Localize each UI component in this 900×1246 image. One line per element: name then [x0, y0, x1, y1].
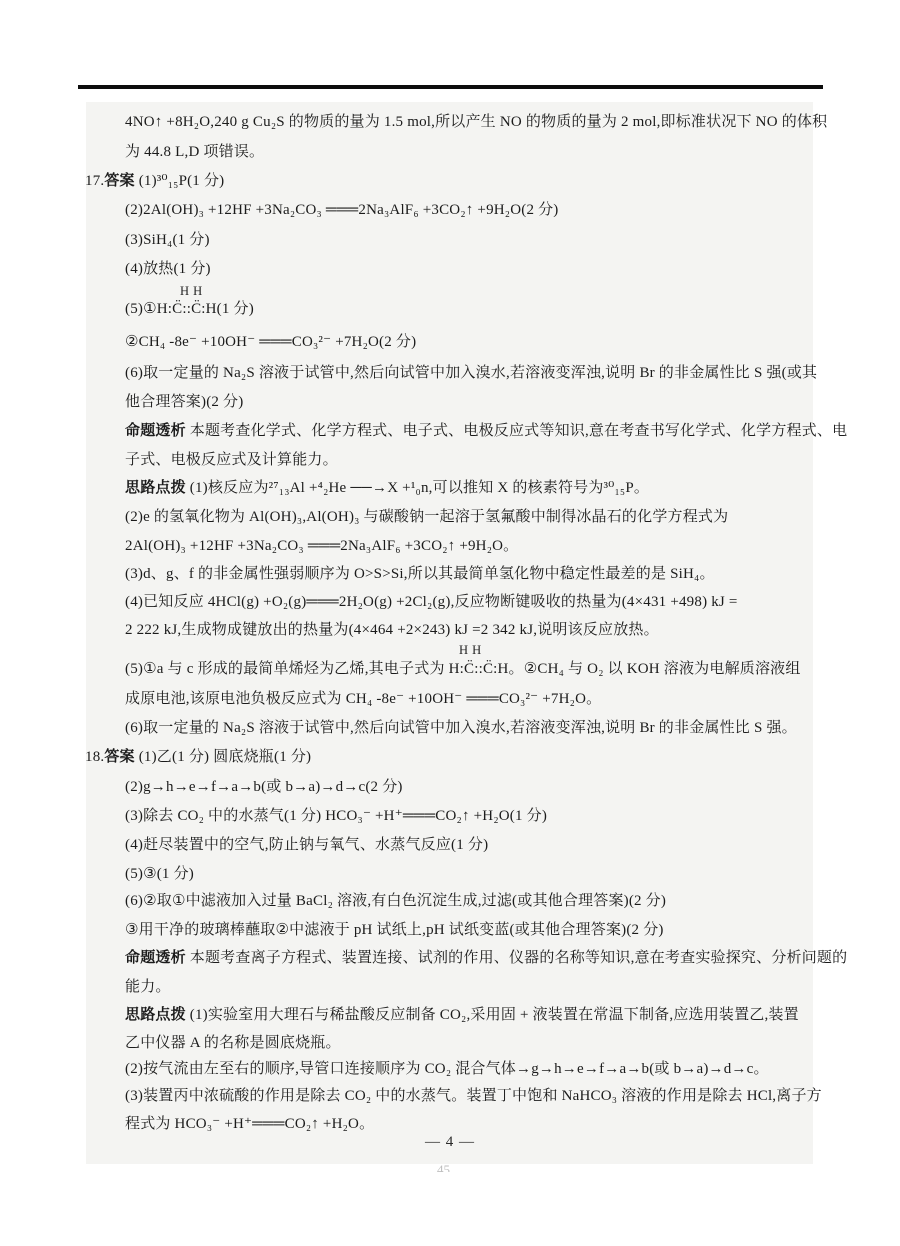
text-line: 2 222 kJ,生成物成键放出的热量为(4×464 +2×243) kJ =2…: [125, 621, 659, 640]
text-run: H H: [180, 284, 203, 298]
text-line: (2)e 的氢氧化物为 Al(OH)₃,Al(OH)₃ 与碳酸钠一起溶于氢氟酸中…: [125, 508, 728, 527]
section-label: 命题透析: [125, 423, 186, 439]
text-run: 子式、电极反应式及计算能力。: [125, 452, 338, 468]
text-line: (6)取一定量的 Na₂S 溶液于试管中,然后向试管中加入溴水,若溶液变浑浊,说…: [125, 364, 817, 383]
text-run: 2Al(OH)₃ +12HF +3Na₂CO₃ ═══2Na₃AlF₆ +3CO…: [125, 538, 518, 554]
text-run: (3)除去 CO₂ 中的水蒸气(1 分) HCO₃⁻ +H⁺═══CO₂↑ +H…: [125, 808, 547, 824]
text-run: (1)核反应为²⁷₁₃Al +⁴₂He ──→X +¹₀n,可以推知 X 的核素…: [186, 480, 649, 496]
section-label: 命题透析: [125, 950, 186, 966]
text-line: (6)取一定量的 Na₂S 溶液于试管中,然后向试管中加入溴水,若溶液变浑浊,说…: [125, 719, 797, 738]
text-line: (5)①a 与 c 形成的最简单烯烃为乙烯,其电子式为 H:C̈::C̈:H。②…: [125, 660, 801, 679]
text-run: (5)③(1 分): [125, 866, 194, 882]
text-line: (3)d、g、f 的非金属性强弱顺序为 O>S>Si,所以其最简单氢化物中稳定性…: [125, 565, 715, 584]
text-line: 子式、电极反应式及计算能力。: [125, 451, 338, 470]
text-line: 2Al(OH)₃ +12HF +3Na₂CO₃ ═══2Na₃AlF₆ +3CO…: [125, 537, 518, 556]
text-run: (4)放热(1 分): [125, 261, 211, 277]
text-run: 18.: [85, 749, 104, 765]
text-run: (1)实验室用大理石与稀盐酸反应制备 CO₂,采用固 + 液装置在常温下制备,应…: [186, 1007, 799, 1023]
text-run: (1)乙(1 分) 圆底烧瓶(1 分): [135, 749, 311, 765]
text-run: (3)SiH₄(1 分): [125, 232, 210, 248]
footer-faint-mark: 45: [437, 1162, 450, 1172]
text-line: 他合理答案)(2 分): [125, 393, 243, 412]
text-line: (2)g→h→e→f→a→b(或 b→a)→d→c(2 分): [125, 778, 403, 797]
text-line: 乙中仪器 A 的名称是圆底烧瓶。: [125, 1034, 341, 1053]
text-line: 18.答案 (1)乙(1 分) 圆底烧瓶(1 分): [85, 748, 311, 767]
text-line: 能力。: [125, 978, 171, 997]
text-run: (5)①a 与 c 形成的最简单烯烃为乙烯,其电子式为 H:C̈::C̈:H。②…: [125, 661, 801, 677]
text-line: ②CH₄ -8e⁻ +10OH⁻ ═══CO₃²⁻ +7H₂O(2 分): [125, 333, 416, 352]
text-line: (3)除去 CO₂ 中的水蒸气(1 分) HCO₃⁻ +H⁺═══CO₂↑ +H…: [125, 807, 547, 826]
text-run: 程式为 HCO₃⁻ +H⁺═══CO₂↑ +H₂O。: [125, 1116, 374, 1132]
section-label: 答案: [104, 173, 134, 189]
text-line: 成原电池,该原电池负极反应式为 CH₄ -8e⁻ +10OH⁻ ═══CO₃²⁻…: [125, 690, 601, 709]
text-line: (3)装置丙中浓硫酸的作用是除去 CO₂ 中的水蒸气。装置丁中饱和 NaHCO₃…: [125, 1087, 822, 1106]
text-run: 17.: [85, 173, 104, 189]
text-run: 能力。: [125, 979, 171, 995]
text-line: (5)③(1 分): [125, 865, 194, 884]
text-run: (6)取一定量的 Na₂S 溶液于试管中,然后向试管中加入溴水,若溶液变浑浊,说…: [125, 365, 817, 381]
text-run: (4)已知反应 4HCl(g) +O₂(g)═══2H₂O(g) +2Cl₂(g…: [125, 594, 738, 610]
text-run: ②CH₄ -8e⁻ +10OH⁻ ═══CO₃²⁻ +7H₂O(2 分): [125, 334, 416, 350]
text-line: 4NO↑ +8H₂O,240 g Cu₂S 的物质的量为 1.5 mol,所以产…: [125, 113, 827, 132]
section-label: 思路点拨: [125, 480, 186, 496]
text-line: 思路点拨 (1)实验室用大理石与稀盐酸反应制备 CO₂,采用固 + 液装置在常温…: [125, 1006, 799, 1025]
section-label: 思路点拨: [125, 1007, 186, 1023]
text-line: (4)赶尽装置中的空气,防止钠与氧气、水蒸气反应(1 分): [125, 836, 488, 855]
text-line: H H: [180, 284, 203, 300]
text-run: (2)按气流由左至右的顺序,导管口连接顺序为 CO₂ 混合气体→g→h→e→f→…: [125, 1061, 769, 1077]
text-line: (3)SiH₄(1 分): [125, 231, 210, 250]
text-line: 思路点拨 (1)核反应为²⁷₁₃Al +⁴₂He ──→X +¹₀n,可以推知 …: [125, 479, 649, 498]
text-line: 为 44.8 L,D 项错误。: [125, 143, 264, 162]
text-line: 命题透析 本题考查离子方程式、装置连接、试剂的作用、仪器的名称等知识,意在考查实…: [125, 949, 847, 968]
text-run: 乙中仪器 A 的名称是圆底烧瓶。: [125, 1035, 341, 1051]
faint-mark-text: 45: [437, 1162, 450, 1172]
text-run: 成原电池,该原电池负极反应式为 CH₄ -8e⁻ +10OH⁻ ═══CO₃²⁻…: [125, 691, 601, 707]
text-line: H H: [459, 643, 482, 659]
text-line: (6)②取①中滤液加入过量 BaCl₂ 溶液,有白色沉淀生成,过滤(或其他合理答…: [125, 892, 666, 911]
text-line: (5)①H:C̈::C̈:H(1 分): [125, 300, 254, 319]
text-line: 命题透析 本题考查化学式、化学方程式、电子式、电极反应式等知识,意在考查书写化学…: [125, 422, 847, 441]
text-line: 程式为 HCO₃⁻ +H⁺═══CO₂↑ +H₂O。: [125, 1115, 374, 1134]
text-line: (4)放热(1 分): [125, 260, 211, 279]
text-line: ③用干净的玻璃棒蘸取②中滤液于 pH 试纸上,pH 试纸变蓝(或其他合理答案)(…: [125, 921, 664, 940]
text-line: (4)已知反应 4HCl(g) +O₂(g)═══2H₂O(g) +2Cl₂(g…: [125, 593, 738, 612]
text-line: (2)按气流由左至右的顺序,导管口连接顺序为 CO₂ 混合气体→g→h→e→f→…: [125, 1060, 769, 1079]
text-run: (3)d、g、f 的非金属性强弱顺序为 O>S>Si,所以其最简单氢化物中稳定性…: [125, 566, 715, 582]
text-run: 4NO↑ +8H₂O,240 g Cu₂S 的物质的量为 1.5 mol,所以产…: [125, 114, 827, 130]
text-run: 本题考查离子方程式、装置连接、试剂的作用、仪器的名称等知识,意在考查实验探究、分…: [186, 950, 848, 966]
text-run: (6)取一定量的 Na₂S 溶液于试管中,然后向试管中加入溴水,若溶液变浑浊,说…: [125, 720, 797, 736]
text-run: (4)赶尽装置中的空气,防止钠与氧气、水蒸气反应(1 分): [125, 837, 488, 853]
text-run: ③用干净的玻璃棒蘸取②中滤液于 pH 试纸上,pH 试纸变蓝(或其他合理答案)(…: [125, 922, 664, 938]
section-label: 答案: [104, 749, 134, 765]
text-run: (2)2Al(OH)₃ +12HF +3Na₂CO₃ ═══2Na₃AlF₆ +…: [125, 202, 559, 218]
text-run: (3)装置丙中浓硫酸的作用是除去 CO₂ 中的水蒸气。装置丁中饱和 NaHCO₃…: [125, 1088, 822, 1104]
text-line: 17.答案 (1)³⁰₁₅P(1 分): [85, 172, 224, 191]
text-run: (1)³⁰₁₅P(1 分): [135, 173, 225, 189]
text-run: (6)②取①中滤液加入过量 BaCl₂ 溶液,有白色沉淀生成,过滤(或其他合理答…: [125, 893, 666, 909]
page-number: — 4 —: [0, 1134, 900, 1151]
text-run: H H: [459, 643, 482, 657]
text-line: (2)2Al(OH)₃ +12HF +3Na₂CO₃ ═══2Na₃AlF₆ +…: [125, 201, 559, 220]
document-body: 4NO↑ +8H₂O,240 g Cu₂S 的物质的量为 1.5 mol,所以产…: [0, 0, 900, 1246]
text-run: (2)g→h→e→f→a→b(或 b→a)→d→c(2 分): [125, 779, 403, 795]
text-run: 为 44.8 L,D 项错误。: [125, 144, 264, 160]
text-run: 他合理答案)(2 分): [125, 394, 243, 410]
text-run: (2)e 的氢氧化物为 Al(OH)₃,Al(OH)₃ 与碳酸钠一起溶于氢氟酸中…: [125, 509, 728, 525]
text-run: 2 222 kJ,生成物成键放出的热量为(4×464 +2×243) kJ =2…: [125, 622, 659, 638]
text-run: (5)①H:C̈::C̈:H(1 分): [125, 301, 254, 317]
text-run: 本题考查化学式、化学方程式、电子式、电极反应式等知识,意在考查书写化学式、化学方…: [186, 423, 848, 439]
